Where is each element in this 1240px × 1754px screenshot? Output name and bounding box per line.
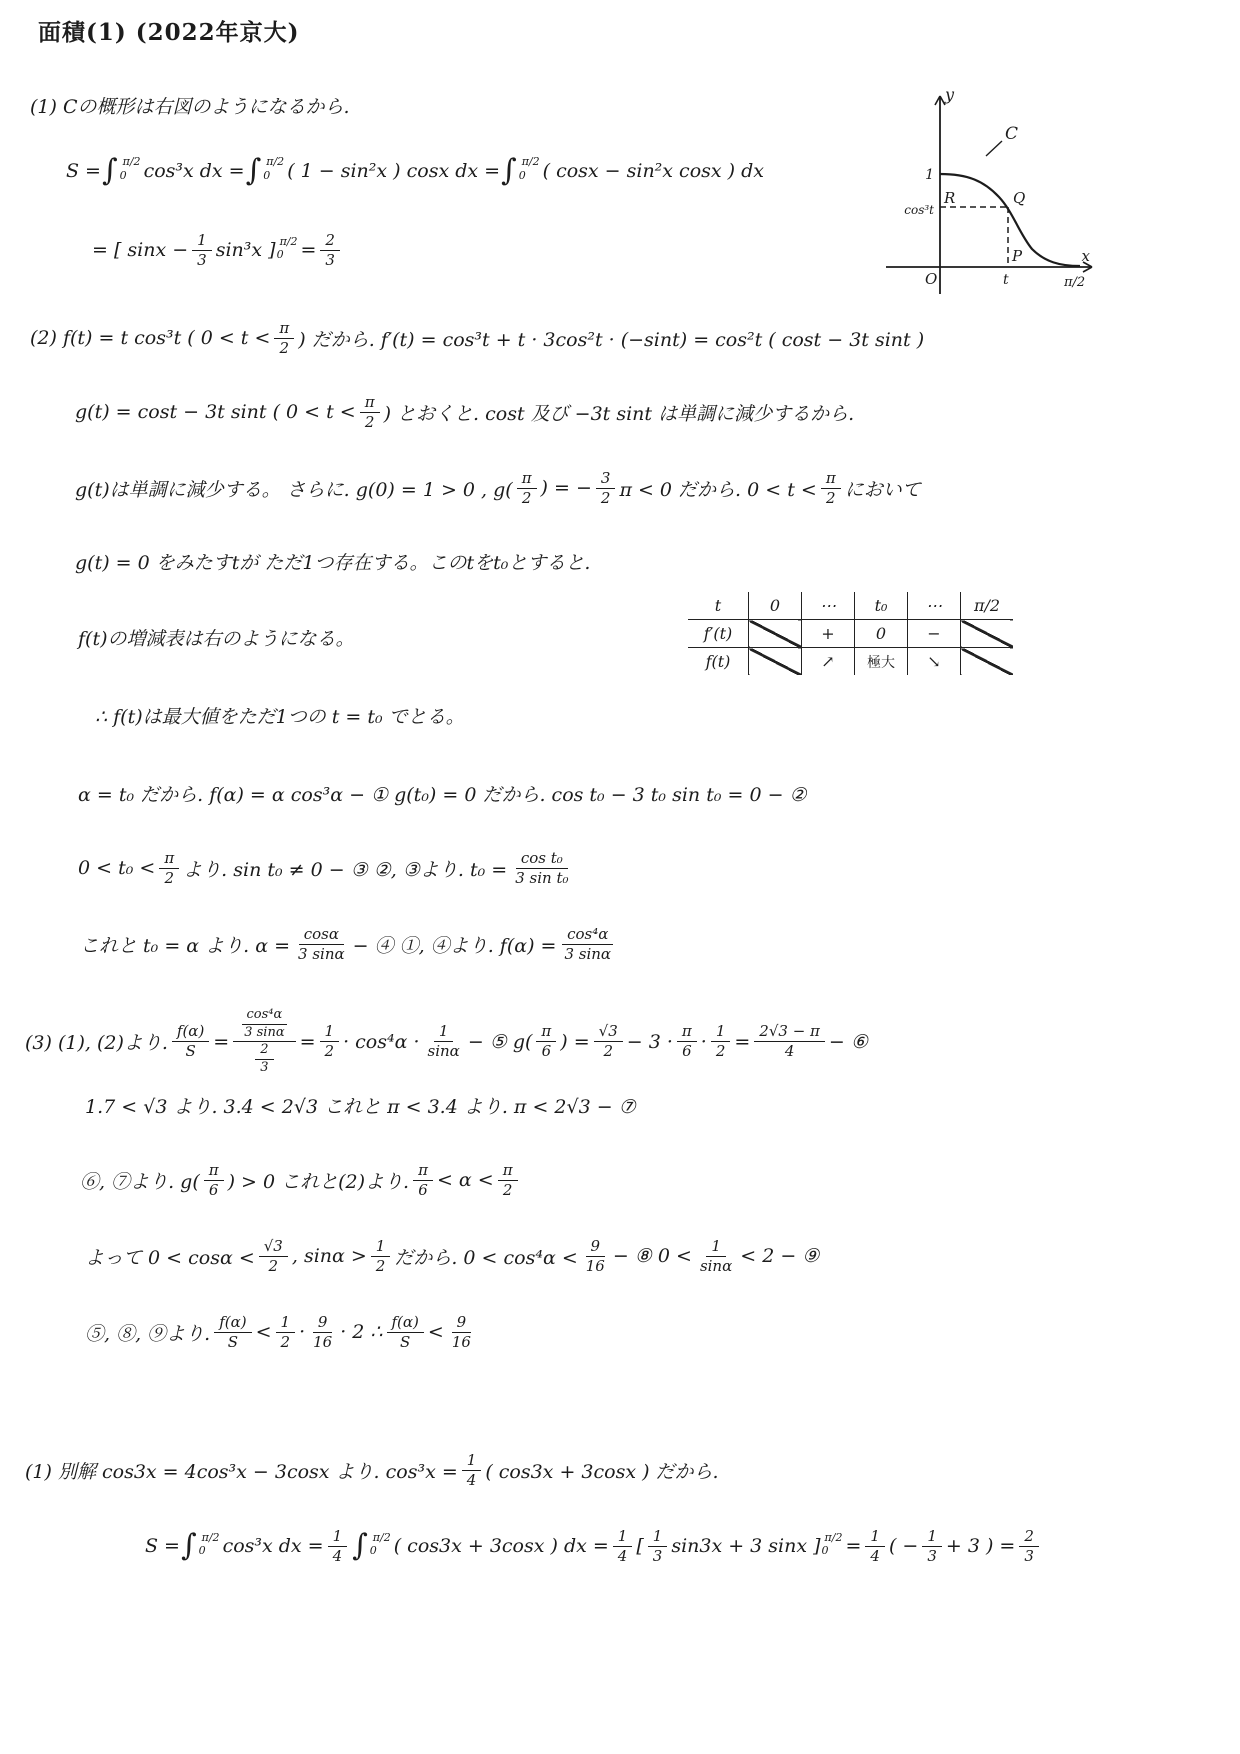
fraction: 916 (582, 1238, 609, 1275)
table-cell: 0 (749, 592, 802, 620)
fraction-denominator: 3 sinα (560, 945, 615, 963)
fraction-numerator: 1 (613, 1528, 633, 1547)
fraction-numerator: π (821, 470, 841, 489)
solution-line: f(t)の増減表は右のようになる。 (78, 624, 355, 651)
lower-bound: 0 (263, 169, 270, 183)
integral-sign: ∫ (102, 156, 118, 186)
fraction: π6 (677, 1023, 697, 1060)
fraction: 14 (462, 1452, 482, 1489)
upper-bound: π/2 (280, 235, 298, 249)
table-row: f(t) ↗ 極大 ↘ (688, 648, 1013, 676)
fraction-denominator: 2 (372, 1257, 390, 1275)
fraction-numerator: π (536, 1023, 556, 1042)
math-text: (3) (1), (2)より. (25, 1028, 168, 1055)
math-text: g(t)は単調に減少する。 さらに. g(0) = 1 > 0 , g( (75, 475, 513, 502)
math-text: ( cos3x + 3cosx ) だから. (485, 1457, 718, 1484)
table-cell: + (802, 620, 855, 648)
math-text: [ (636, 1535, 643, 1557)
fraction-denominator: 3 sinα (240, 1025, 288, 1041)
fraction-denominator: 6 (414, 1181, 432, 1199)
fraction-denominator: 2 (712, 1042, 730, 1060)
math-text: ( cosx − sin²x cosx ) dx (543, 160, 764, 182)
solution-line: よって 0 < cosα < √32 , sinα > 12 だから. 0 < … (85, 1238, 819, 1275)
math-text: = [ sinx − (92, 239, 188, 261)
fraction: f(α)S (172, 1023, 209, 1060)
fraction-numerator: 2√3 − π (754, 1023, 825, 1042)
fraction-numerator: f(α) (387, 1314, 424, 1333)
fraction-denominator: 3 sinα (294, 945, 349, 963)
fraction-denominator: sinα (424, 1042, 464, 1060)
fraction: 13 (922, 1528, 942, 1565)
tick-half-pi: π/2 (1063, 275, 1085, 290)
lower-bound: 0 (370, 1544, 377, 1558)
math-text: ( 1 − sin²x ) cosx dx = (287, 160, 500, 182)
math-text: (2) f(t) = t cos³t ( 0 < t < (30, 327, 270, 349)
math-text: ⑥, ⑦より. g( (80, 1167, 200, 1194)
fraction-numerator: cos t₀ (516, 850, 568, 869)
math-text: ( − (889, 1535, 918, 1557)
fraction: √32 (259, 1238, 288, 1275)
fraction-numerator: 1 (328, 1528, 348, 1547)
solution-line: (2) f(t) = t cos³t ( 0 < t < π2 ) だから. f… (30, 320, 924, 357)
math-text: = (845, 1535, 861, 1557)
fraction-denominator: 2 (265, 1257, 283, 1275)
fraction: cos⁴α3 sinα (560, 926, 615, 963)
fraction-denominator: 2 (599, 1042, 617, 1060)
math-text: (1) 別解 cos3x = 4cos³x − 3cosx より. cos³x … (25, 1457, 458, 1484)
fraction: 23 (320, 232, 340, 269)
math-text: = (301, 239, 317, 261)
fraction-numerator: π (677, 1023, 697, 1042)
fraction: f(α)S (387, 1314, 424, 1351)
math-text: g(t) = 0 をみたすtが ただ1つ存在する。このtをt₀とすると. (75, 548, 590, 575)
fraction: cosα3 sinα (294, 926, 349, 963)
fraction: 14 (613, 1528, 633, 1565)
fraction-numerator: cosα (299, 926, 344, 945)
math-text: ) だから. f′(t) = cos³t + t · 3cos²t · (−si… (298, 325, 924, 352)
fraction-numerator: π (498, 1162, 518, 1181)
fraction: 916 (448, 1314, 475, 1351)
fraction-denominator: 2 (160, 869, 178, 887)
fraction: √32 (594, 1023, 623, 1060)
fraction-numerator: √3 (594, 1023, 623, 1042)
math-text: − ⑧ 0 < (613, 1245, 692, 1267)
fraction: 2√3 − π4 (754, 1023, 825, 1060)
fraction: 23 (1019, 1528, 1039, 1565)
fraction: cos⁴α3 sinα (240, 1008, 288, 1040)
fraction-denominator: 3 (193, 251, 211, 269)
fraction-numerator: f(α) (214, 1314, 251, 1333)
fraction: 32 (596, 470, 616, 507)
math-text: ⑤, ⑧, ⑨より. (85, 1319, 210, 1346)
curve-c (940, 174, 1080, 266)
graph-svg: y x C 1 cos³t R Q P O t π/2 (868, 84, 1100, 302)
upper-bound: π/2 (266, 155, 284, 169)
fraction: π2 (498, 1162, 518, 1199)
curve-graph: y x C 1 cos³t R Q P O t π/2 (868, 84, 1100, 302)
fraction-numerator: cos⁴α (242, 1008, 288, 1025)
math-text: ) = (560, 1031, 589, 1053)
fraction-denominator: 6 (678, 1042, 696, 1060)
fraction: π6 (204, 1162, 224, 1199)
integral-bounds: π/20 (263, 155, 281, 183)
fraction: 12 (711, 1023, 731, 1060)
table-cell: ↘ (908, 648, 961, 676)
upper-bound: π/2 (202, 1531, 220, 1545)
lower-bound: 0 (120, 169, 127, 183)
math-text: − ⑤ g( (468, 1031, 533, 1053)
fraction-numerator: 1 (320, 1023, 340, 1042)
fraction-denominator: 2 (321, 1042, 339, 1060)
table-cell: 極大 (855, 648, 908, 676)
fraction-denominator: 6 (205, 1181, 223, 1199)
fraction-numerator: 1 (462, 1452, 482, 1471)
math-text: < 2 − ⑨ (740, 1245, 819, 1267)
math-text: π < 0 だから. 0 < t < (619, 475, 816, 502)
math-text: · (299, 1321, 305, 1343)
fraction-denominator: 3 (256, 1060, 272, 1076)
fraction: 23 (255, 1043, 273, 1075)
fraction: 1sinα (696, 1238, 736, 1275)
fraction: 12 (371, 1238, 391, 1275)
math-text: (1) Cの概形は右図のようになるから. (30, 92, 350, 119)
math-text: より. sin t₀ ≠ 0 − ③ ②, ③より. t₀ = (183, 855, 507, 882)
tick-t: t (1003, 272, 1009, 288)
fraction: 1sinα (424, 1023, 464, 1060)
fraction-numerator: 1 (192, 232, 212, 251)
math-text: = (734, 1031, 750, 1053)
upper-bound: π/2 (825, 1531, 843, 1545)
solution-line: S = ∫π/20 cos³x dx = 14∫π/20 ( cos3x + 3… (145, 1528, 1043, 1565)
math-text: sin³x ] (216, 239, 276, 261)
fraction: π6 (413, 1162, 433, 1199)
fraction-numerator: π (517, 470, 537, 489)
point-p-label: P (1011, 247, 1023, 265)
solution-line: = [ sinx − 13 sin³x ]π/20 = 23 (92, 232, 344, 269)
solution-line: g(t)は単調に減少する。 さらに. g(0) = 1 > 0 , g(π2) … (75, 470, 921, 507)
fraction-numerator: π (204, 1162, 224, 1181)
fraction-numerator: f(α) (172, 1023, 209, 1042)
solution-line: ⑥, ⑦より. g(π6) > 0 これと(2)より. π6 < α < π2 (80, 1162, 522, 1199)
x-axis-label: x (1082, 247, 1091, 265)
fraction-denominator: S (224, 1333, 242, 1351)
fraction-denominator: 16 (448, 1333, 475, 1351)
fraction-numerator: 1 (648, 1528, 668, 1547)
table-cell: − (908, 620, 961, 648)
math-text: = (300, 1031, 316, 1053)
solution-line: これと t₀ = α より. α = cosα3 sinα − ④ ①, ④より… (80, 926, 619, 963)
fraction: 12 (276, 1314, 296, 1351)
fraction-numerator: π (274, 320, 294, 339)
solution-line: ∴ f(t)は最大値をただ1つの t = t₀ でとる。 (95, 702, 465, 729)
table-cell: ⋯ (908, 592, 961, 620)
fraction-denominator: 3 (321, 251, 339, 269)
table-cell: ↗ (802, 648, 855, 676)
origin-label: O (925, 270, 937, 288)
point-q-label: Q (1013, 189, 1025, 207)
fraction: π2 (821, 470, 841, 507)
fraction-numerator: 1 (865, 1528, 885, 1547)
solution-line: ⑤, ⑧, ⑨より. f(α)S < 12 · 916 · 2 ∴ f(α)S … (85, 1314, 479, 1351)
integral-sign: ∫ (246, 156, 262, 186)
fraction-numerator: √3 (259, 1238, 288, 1257)
math-text: 1.7 < √3 より. 3.4 < 2√3 これと π < 3.4 より. π… (85, 1092, 636, 1119)
upper-bound: π/2 (123, 155, 141, 169)
fraction-denominator: 4 (866, 1547, 884, 1565)
fraction-numerator: 9 (313, 1314, 333, 1333)
integral-bounds: π/20 (822, 1531, 840, 1559)
integral-bounds: π/20 (277, 235, 295, 263)
integral-bounds: π/20 (120, 155, 138, 183)
fraction-numerator: cos⁴α3 sinα (233, 1008, 295, 1042)
fraction-denominator: 3 (649, 1547, 667, 1565)
point-r-label: R (943, 189, 955, 207)
math-text: よって 0 < cosα < (85, 1243, 255, 1270)
math-text: cos³x dx = (144, 160, 245, 182)
table-cell: 0 (855, 620, 908, 648)
math-text: 0 < t₀ < (78, 857, 155, 879)
table-cell-excluded (749, 620, 802, 648)
math-text: S = (145, 1535, 180, 1557)
solution-line: S = ∫π/20 cos³x dx = ∫π/20 ( 1 − sin²x )… (66, 156, 764, 186)
fraction: 14 (865, 1528, 885, 1565)
math-text: − 3 · (627, 1031, 673, 1053)
math-text: · (701, 1031, 707, 1053)
fraction: cos t₀3 sin t₀ (511, 850, 572, 887)
fraction: π2 (274, 320, 294, 357)
integral-bounds: π/20 (370, 1531, 388, 1559)
solution-line: g(t) = 0 をみたすtが ただ1つ存在する。このtをt₀とすると. (75, 548, 590, 575)
curve-label: C (1005, 124, 1018, 144)
math-text: sin3x + 3 sinx ] (671, 1535, 820, 1557)
fraction-denominator: S (396, 1333, 414, 1351)
fraction: 12 (320, 1023, 340, 1060)
fraction-denominator: 3 sin t₀ (511, 869, 572, 887)
fraction-denominator: 23 (249, 1042, 279, 1075)
solution-line: (1) Cの概形は右図のようになるから. (30, 92, 350, 119)
fraction-numerator: 1 (922, 1528, 942, 1547)
lower-bound: 0 (277, 248, 284, 262)
tick-one: 1 (925, 167, 934, 183)
math-text: S = (66, 160, 101, 182)
table-row: f′(t) + 0 − (688, 620, 1013, 648)
solution-line: α = t₀ だから. f(α) = α cos³α − ① g(t₀) = 0… (78, 780, 807, 807)
fraction-numerator: cos⁴α (562, 926, 613, 945)
fraction-numerator: 1 (711, 1023, 731, 1042)
math-text: ) = − (541, 477, 592, 499)
math-text: − ⑥ (829, 1031, 868, 1053)
fraction-denominator: 4 (614, 1547, 632, 1565)
math-text: < α < (437, 1169, 494, 1191)
integral-bounds: π/20 (199, 1531, 217, 1559)
fraction-numerator: π (159, 850, 179, 869)
table-cell: ⋯ (802, 592, 855, 620)
solution-line: g(t) = cost − 3t sint ( 0 < t < π2 ) とおく… (75, 394, 854, 431)
math-text: だから. 0 < cos⁴α < (394, 1243, 577, 1270)
math-text: cos³x dx = (223, 1535, 324, 1557)
increase-decrease-table: t 0 ⋯ t₀ ⋯ π/2 f′(t) + 0 − f(t) ↗ 極大 ↘ (688, 592, 1013, 675)
fraction-numerator: 1 (371, 1238, 391, 1257)
table-cell: f(t) (688, 648, 749, 676)
math-text: ∴ f(t)は最大値をただ1つの t = t₀ でとる。 (95, 702, 465, 729)
math-text: < (256, 1321, 272, 1343)
fraction: π2 (517, 470, 537, 507)
integral-sign: ∫ (352, 1531, 368, 1561)
fraction-numerator: 1 (434, 1023, 454, 1042)
fraction: π2 (159, 850, 179, 887)
fraction: 13 (192, 232, 212, 269)
math-text: · cos⁴α · (343, 1031, 419, 1053)
fraction-denominator: sinα (696, 1257, 736, 1275)
y-axis-label: y (944, 85, 955, 104)
table-cell-excluded (961, 648, 1014, 676)
math-text: ) > 0 これと(2)より. (228, 1167, 410, 1194)
math-text: · 2 ∴ (340, 1321, 382, 1343)
integral-bounds: π/20 (519, 155, 537, 183)
fraction-denominator: 4 (463, 1471, 481, 1489)
table-cell: f′(t) (688, 620, 749, 648)
math-text: g(t) = cost − 3t sint ( 0 < t < (75, 401, 356, 423)
upper-bound: π/2 (522, 155, 540, 169)
fraction-denominator: 6 (538, 1042, 556, 1060)
math-text: + 3 ) = (946, 1535, 1015, 1557)
fraction: f(α)S (214, 1314, 251, 1351)
math-text: = (213, 1031, 229, 1053)
fraction-denominator: 3 (1020, 1547, 1038, 1565)
fraction: cos⁴α3 sinα23 (233, 1008, 295, 1075)
fraction: 916 (309, 1314, 336, 1351)
solution-line: 1.7 < √3 より. 3.4 < 2√3 これと π < 3.4 より. π… (85, 1092, 636, 1119)
fraction-numerator: 9 (586, 1238, 606, 1257)
fraction-denominator: 4 (781, 1042, 799, 1060)
math-text: において (845, 475, 921, 502)
upper-bound: π/2 (373, 1531, 391, 1545)
solution-line: 0 < t₀ < π2 より. sin t₀ ≠ 0 − ③ ②, ③より. t… (78, 850, 576, 887)
math-text: f(t)の増減表は右のようになる。 (78, 624, 355, 651)
fraction: π6 (536, 1023, 556, 1060)
fraction: π2 (360, 394, 380, 431)
lower-bound: 0 (199, 1544, 206, 1558)
fraction-denominator: 3 (923, 1547, 941, 1565)
table-cell-excluded (749, 648, 802, 676)
fraction-numerator: 2 (1019, 1528, 1039, 1547)
fraction: 13 (648, 1528, 668, 1565)
fraction-denominator: 2 (277, 1333, 295, 1351)
fraction-numerator: 2 (255, 1043, 273, 1060)
fraction-numerator: 1 (706, 1238, 726, 1257)
math-text: α = t₀ だから. f(α) = α cos³α − ① g(t₀) = 0… (78, 780, 807, 807)
curve-label-pointer (986, 141, 1002, 156)
math-text: , sinα > (292, 1245, 367, 1267)
fraction-denominator: 4 (329, 1547, 347, 1565)
solution-line: (3) (1), (2)より. f(α)S = cos⁴α3 sinα23 = … (25, 1008, 868, 1075)
integral-sign: ∫ (501, 156, 517, 186)
page-title: 面積(1) (2022年京大) (38, 14, 300, 47)
fraction-denominator: 2 (361, 413, 379, 431)
table-cell: π/2 (961, 592, 1014, 620)
fraction-denominator: 2 (822, 489, 840, 507)
fraction-denominator: 2 (518, 489, 536, 507)
fraction-numerator: 1 (276, 1314, 296, 1333)
fraction-numerator: 9 (452, 1314, 472, 1333)
table-row: t 0 ⋯ t₀ ⋯ π/2 (688, 592, 1013, 620)
math-text: − ④ ①, ④より. f(α) = (353, 931, 557, 958)
fraction: 14 (328, 1528, 348, 1565)
integral-sign: ∫ (181, 1531, 197, 1561)
solution-line: (1) 別解 cos3x = 4cos³x − 3cosx より. cos³x … (25, 1452, 719, 1489)
fraction-numerator: 2 (320, 232, 340, 251)
tick-cos3t: cos³t (904, 203, 934, 217)
lower-bound: 0 (822, 1544, 829, 1558)
fraction-denominator: 16 (582, 1257, 609, 1275)
fraction-numerator: π (360, 394, 380, 413)
fraction-numerator: 3 (596, 470, 616, 489)
fraction-denominator: 2 (276, 339, 294, 357)
fraction-denominator: 16 (309, 1333, 336, 1351)
table-cell: t₀ (855, 592, 908, 620)
lower-bound: 0 (519, 169, 526, 183)
fraction-denominator: 2 (499, 1181, 517, 1199)
math-text: ) とおくと. cost 及び −3t sint は単調に減少するから. (384, 399, 855, 426)
table-cell-excluded (961, 620, 1014, 648)
math-text: これと t₀ = α より. α = (80, 931, 290, 958)
fraction-numerator: π (413, 1162, 433, 1181)
fraction-denominator: 2 (597, 489, 615, 507)
fraction-denominator: S (181, 1042, 199, 1060)
page: 面積(1) (2022年京大) y x C 1 cos³t R Q P O (0, 0, 1240, 1754)
table-cell: t (688, 592, 749, 620)
math-text: ( cos3x + 3cosx ) dx = (394, 1535, 609, 1557)
math-text: < (428, 1321, 444, 1343)
